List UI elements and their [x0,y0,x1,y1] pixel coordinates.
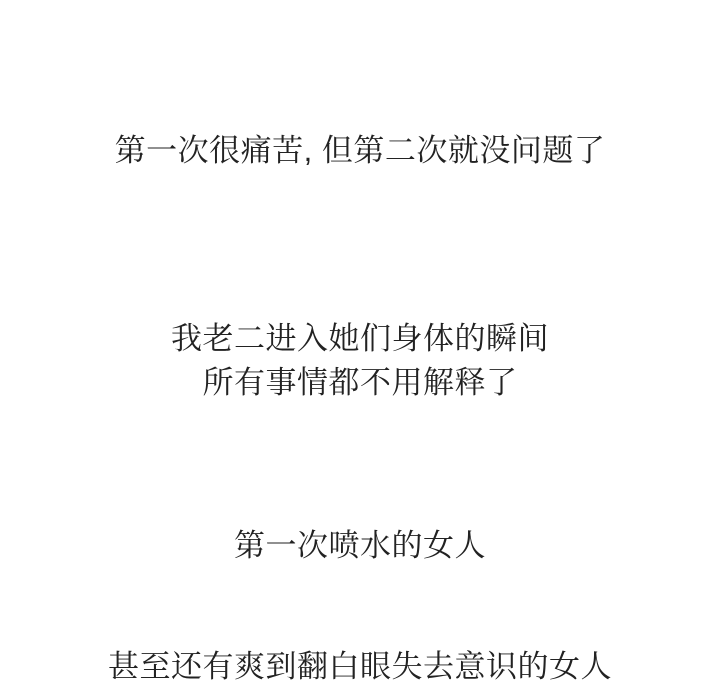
comic-page: 第一次很痛苦, 但第二次就没问题了 我老二进入她们身体的瞬间 所有事情都不用解释… [0,0,720,700]
caption-line-3: 第一次喷水的女人 [0,524,720,568]
caption-line-4: 甚至还有爽到翻白眼失去意识的女人 [0,645,720,689]
caption-block-2: 我老二进入她们身体的瞬间 所有事情都不用解释了 [0,317,720,405]
caption-line-1: 第一次很痛苦, 但第二次就没问题了 [0,129,720,173]
